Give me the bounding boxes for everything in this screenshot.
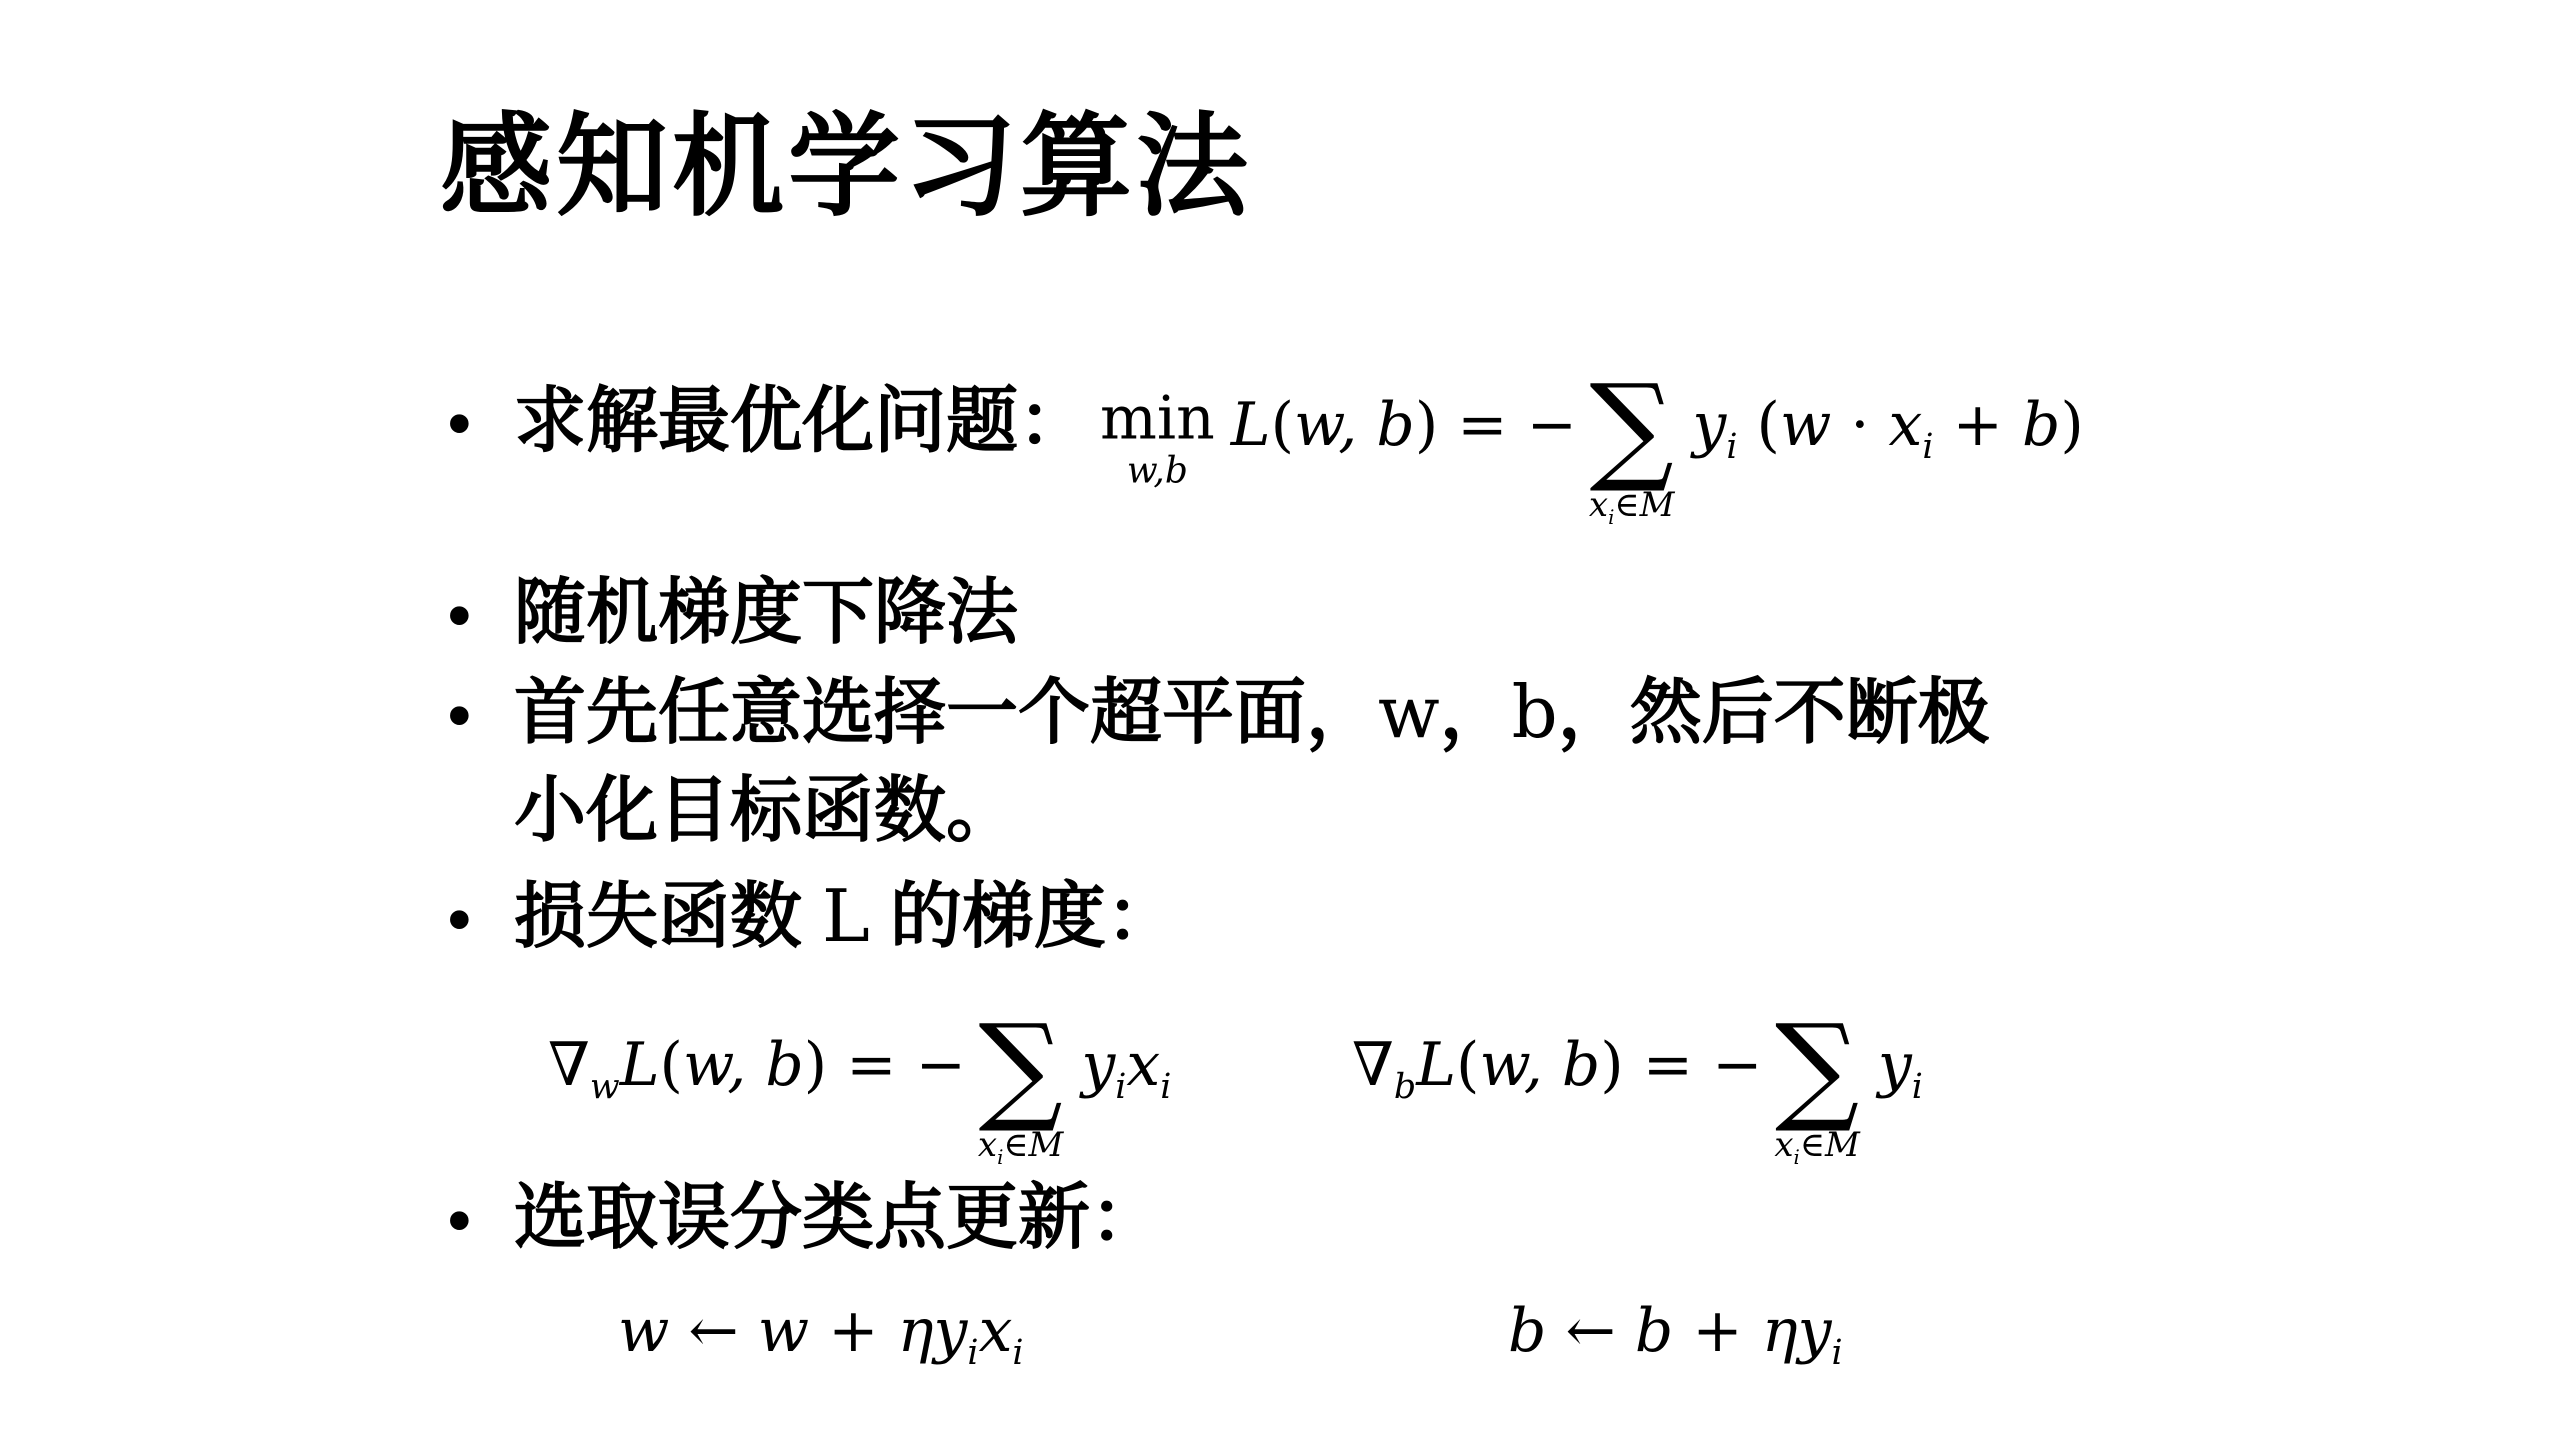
hyperplane-text-line2: 小化目标函数。 [514,771,1018,851]
grad-b-head: ∇bL(w, b) = − [1352,1030,1762,1100]
bullet-marker: • [448,875,514,963]
sum-subscript: xi∈M [1774,1128,1860,1168]
bullet-marker: • [448,1176,514,1264]
formula-update-b: b ← b + ηyi [1508,1295,1843,1375]
formula-grad-b: ∇bL(w, b) = −∑xi∈Myi [1352,990,1923,1150]
gradient-text-suffix: 的梯度： [870,877,1178,957]
bullet-marker: • [448,379,514,467]
hyperplane-text-prefix: 首先任意选择一个超平面， [514,673,1378,753]
bullet-item-hyperplane: •首先任意选择一个超平面，w，b，然后不断极 小化目标函数。 [448,664,1990,861]
min-subscript: w,b [1127,454,1188,490]
bullet-text-update: 选取误分类点更新： [514,1178,1162,1258]
sum-operator: ∑xi∈M [978,1008,1064,1168]
hyperplane-var-b: b [1512,670,1558,754]
sum-subscript: xi∈M [978,1128,1064,1168]
sigma-symbol: ∑ [979,1008,1063,1126]
formula-objective: minw,bL(w, b) = −∑xi∈Myi (w · xi + b) [1090,390,2084,460]
sigma-symbol: ∑ [1775,1008,1859,1126]
grad-w-head: ∇wL(w, b) = − [548,1030,966,1100]
objective-rhs: yi (w · xi + b) [1692,390,2083,460]
min-operator: minw,b [1100,389,1215,490]
sigma-symbol: ∑ [1590,368,1674,486]
bullet-item-gradient: •损失函数 L 的梯度： [448,868,1178,967]
bullet-marker: • [448,571,514,659]
formula-grad-w: ∇wL(w, b) = −∑xi∈Myixi [548,990,1171,1150]
sum-operator: ∑xi∈M [1589,368,1675,528]
grad-w-tail: yixi [1081,1030,1171,1100]
sum-operator: ∑xi∈M [1774,1008,1860,1168]
bullet-text-sgd: 随机梯度下降法 [514,573,1018,653]
min-label: min [1100,389,1215,449]
bullet-text-objective: 求解最优化问题： [514,381,1090,461]
hyperplane-line-2: 小化目标函数。 [448,763,1990,861]
objective-lhs: L(w, b) = − [1231,390,1577,460]
bullet-item-objective: •求解最优化问题：minw,bL(w, b) = −∑xi∈Myi (w · x… [448,350,2084,510]
formula-update-w: w ← w + ηyixi [618,1295,1024,1375]
update-b-expression: b ← b + ηyi [1508,1296,1843,1366]
hyperplane-separator: ， [1440,673,1512,753]
bullet-marker: • [448,671,514,759]
gradient-text-prefix: 损失函数 [514,877,822,957]
hyperplane-var-w: w [1378,670,1440,754]
update-w-expression: w ← w + ηyixi [618,1296,1024,1366]
loss-symbol-L: L [822,874,870,958]
grad-b-tail: yi [1878,1030,1923,1100]
hyperplane-text-suffix: ，然后不断极 [1558,673,1990,753]
bullet-item-update: •选取误分类点更新： [448,1170,1162,1268]
sum-subscript: xi∈M [1589,488,1675,528]
slide-title: 感知机学习算法 [440,100,1252,234]
hyperplane-line-1: •首先任意选择一个超平面，w，b，然后不断极 [448,664,1990,763]
slide: 感知机学习算法 •求解最优化问题：minw,bL(w, b) = −∑xi∈My… [0,0,2560,1440]
bullet-item-sgd: •随机梯度下降法 [448,565,1018,663]
